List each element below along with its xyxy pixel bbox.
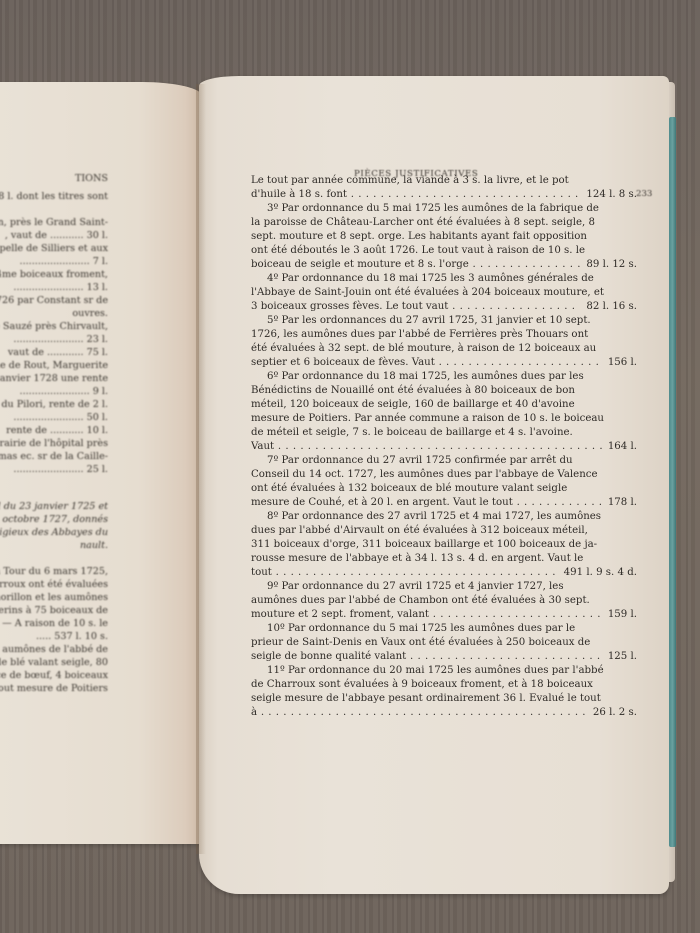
left-text-fragment: de Sauzé près Chirvault, <box>0 320 108 333</box>
paragraph-p7: 7º Par ordonnance du 27 avril 1725 confi… <box>251 454 637 510</box>
text-line: 6º Par ordonnance du 18 mai 1725, les au… <box>251 370 637 384</box>
left-text-fragment: la prairie de l'hôpital près <box>0 437 108 450</box>
left-text-fragment: Montmorillon et les aumônes <box>0 591 108 604</box>
amount: 164 l. <box>602 440 637 454</box>
left-text-fragment: ....................... 13 l. <box>13 281 108 294</box>
text-line: sept. mouture et 8 sept. orge. Les habit… <box>251 230 637 244</box>
text-line: seigle de bonne qualité valant125 l. <box>251 650 637 664</box>
left-text-fragment: ....................... 23 l. <box>13 333 108 346</box>
text-line: Conseil du 14 oct. 1727, les aumônes due… <box>251 468 637 482</box>
text-line: prieur de Saint-Denis en Vaux ont été év… <box>251 636 637 650</box>
left-text-fragment: rs — A raison de 10 s. le <box>0 617 108 630</box>
text-line: dues par l'abbé d'Airvault on été évalué… <box>251 524 637 538</box>
gutter-shadow <box>196 84 206 854</box>
text-line: Bénédictins de Nouaillé ont été évaluées… <box>251 384 637 398</box>
book-cover-edge <box>669 117 676 847</box>
text-line: septier et 6 boiceaux de fèves. Vaut156 … <box>251 356 637 370</box>
left-text-fragment: les aumônes de l'abbé de <box>0 643 108 656</box>
text-line: ont été évaluées à 132 boiceaux de blé m… <box>251 482 637 496</box>
left-text-fragment: ..... 537 l. 10 s. <box>36 630 108 643</box>
text-line: boiceau de seigle et mouture et 8 s. l'o… <box>251 258 637 272</box>
text-line: 3 boiceaux grosses fèves. Le tout vaut82… <box>251 300 637 314</box>
left-text-fragment: 1726 par Constant sr de <box>0 294 108 307</box>
text-line: la paroisse de Château-Larcher ont été é… <box>251 216 637 230</box>
text-line: mesure de Poitiers. Par année commune a … <box>251 412 637 426</box>
amount: 125 l. <box>602 650 637 664</box>
left-text-fragment: TIONS <box>75 172 108 185</box>
text-line: à26 l. 2 s. <box>251 706 637 720</box>
left-text-fragment: e Charroux ont été évaluées <box>0 578 108 591</box>
paragraph-p10: 10º Par ordonnance du 5 mai 1725 les aum… <box>251 622 637 664</box>
amount: 82 l. 16 s. <box>580 300 637 314</box>
text-line: l'Abbaye de Saint-Jouin ont été évaluées… <box>251 286 637 300</box>
left-text-fragment: , vaut de ........... 30 l. <box>5 229 108 242</box>
text-line: été évaluées à 32 sept. de blé mouture, … <box>251 342 637 356</box>
left-text-fragment: pelerins à 75 boiceaux de <box>0 604 108 617</box>
left-text-fragment: chapelle de Silliers et aux <box>0 242 108 255</box>
paragraph-p5: 5º Par les ordonnances du 27 avril 1725,… <box>251 314 637 370</box>
text-line: 8º Par ordonnance des 27 avril 1725 et 4… <box>251 510 637 524</box>
left-text-fragment: vaut de ............ 75 l. <box>8 346 108 359</box>
text-line: 1726, les aumônes dues par l'abbé de Fer… <box>251 328 637 342</box>
text-line: Le tout par année commune, la viande à 3… <box>251 174 637 188</box>
left-page: TIONS128 l. dont les titres sontJean, pr… <box>0 82 202 844</box>
left-text-fragment: , le tout mesure de Poitiers <box>0 682 108 695</box>
left-text-fragment: ux de blé valant seigle, 80 <box>0 656 108 669</box>
paragraph-p9: 9º Par ordonnance du 27 avril 1725 et 4 … <box>251 580 637 622</box>
left-text-fragment: les 4me boiceaux froment, <box>0 268 108 281</box>
left-text-fragment: Thomas ec. sr de la Caille- <box>0 450 108 463</box>
left-text-fragment: Carne de Rout, Marguerite <box>0 359 108 372</box>
text-line: mesure de Couhé, et à 20 l. en argent. V… <box>251 496 637 510</box>
page-number: 233 <box>636 189 652 199</box>
left-text-fragment: 7 janvier 1728 une rente <box>0 372 108 385</box>
left-text-fragment: Jean, près le Grand Saint- <box>0 216 108 229</box>
text-line: 5º Par les ordonnances du 27 avril 1725,… <box>251 314 637 328</box>
text-line: 4º Par ordonnance du 18 mai 1725 les 3 a… <box>251 272 637 286</box>
left-text-fragment: pièce de bœuf, 4 boiceaux <box>0 669 108 682</box>
text-line: Vaut164 l. <box>251 440 637 454</box>
left-page-text: TIONS128 l. dont les titres sontJean, pr… <box>0 82 108 844</box>
left-text-fragment: ....................... 9 l. <box>20 385 108 398</box>
left-text-fragment: 14 octobre 1727, donnés <box>0 513 108 526</box>
amount: 491 l. 9 s. 4 d. <box>558 566 637 580</box>
left-text-fragment: ....................... 7 l. <box>20 255 108 268</box>
left-text-fragment: du Pilori, rente de 2 l. <box>1 398 108 411</box>
paragraph-p-cont: Le tout par année commune, la viande à 3… <box>251 174 637 202</box>
right-page-text: Le tout par année commune, la viande à 3… <box>251 174 637 720</box>
text-line: d'huile à 18 s. font124 l. 8 s. <box>251 188 637 202</box>
paragraph-p8: 8º Par ordonnance des 27 avril 1725 et 4… <box>251 510 637 580</box>
left-text-fragment: 128 l. dont les titres sont <box>0 190 108 203</box>
paragraph-p11: 11º Par ordonnance du 20 mai 1725 les au… <box>251 664 637 720</box>
text-line: 11º Par ordonnance du 20 mai 1725 les au… <box>251 664 637 678</box>
text-line: rousse mesure de l'abbaye et à 34 l. 13 … <box>251 552 637 566</box>
text-line: 311 boiceaux d'orge, 311 boiceaux bailla… <box>251 538 637 552</box>
text-line: ont été déboutés le 3 août 1726. Le tout… <box>251 244 637 258</box>
text-line: tout491 l. 9 s. 4 d. <box>251 566 637 580</box>
paragraph-p3: 3º Par ordonnance du 5 mai 1725 les aumô… <box>251 202 637 272</box>
text-line: seigle mesure de l'abbaye pesant ordinai… <box>251 692 637 706</box>
text-line: 7º Par ordonnance du 27 avril 1725 confi… <box>251 454 637 468</box>
amount: 124 l. 8 s. <box>580 188 637 202</box>
amount: 89 l. 12 s. <box>580 258 637 272</box>
left-text-fragment: et religieux des Abbayes du <box>0 526 108 539</box>
text-line: méteil, 120 boiceaux de seigle, 160 de b… <box>251 398 637 412</box>
amount: 159 l. <box>602 608 637 622</box>
text-line: de Charroux sont évaluées à 9 boiceaux f… <box>251 678 637 692</box>
amount: 178 l. <box>602 496 637 510</box>
paragraph-p6: 6º Par ordonnance du 18 mai 1725, les au… <box>251 370 637 454</box>
paragraph-p4: 4º Par ordonnance du 18 mai 1725 les 3 a… <box>251 272 637 314</box>
left-text-fragment: ouvres. <box>72 307 108 320</box>
left-text-fragment: rente de ........... 10 l. <box>6 424 108 437</box>
left-text-fragment: nault. <box>80 539 108 552</box>
left-text-fragment: ....................... 25 l. <box>13 463 108 476</box>
left-text-fragment: la Tour du 6 mars 1725, <box>0 565 108 578</box>
amount: 26 l. 2 s. <box>587 706 637 720</box>
text-line: 3º Par ordonnance du 5 mai 1725 les aumô… <box>251 202 637 216</box>
left-text-fragment: seil du 23 janvier 1725 et <box>0 500 108 513</box>
amount: 156 l. <box>602 356 637 370</box>
text-line: aumônes dues par l'abbé de Chambon ont é… <box>251 594 637 608</box>
right-page: PIÈCES JUSTIFICATIVES 233 Le tout par an… <box>199 76 669 894</box>
left-text-fragment: ....................... 50 l. <box>13 411 108 424</box>
text-line: 9º Par ordonnance du 27 avril 1725 et 4 … <box>251 580 637 594</box>
photo-scene: TIONS128 l. dont les titres sontJean, pr… <box>0 0 700 933</box>
text-line: mouture et 2 sept. froment, valant159 l. <box>251 608 637 622</box>
text-line: de méteil et seigle, 7 s. le boiceau de … <box>251 426 637 440</box>
text-line: 10º Par ordonnance du 5 mai 1725 les aum… <box>251 622 637 636</box>
